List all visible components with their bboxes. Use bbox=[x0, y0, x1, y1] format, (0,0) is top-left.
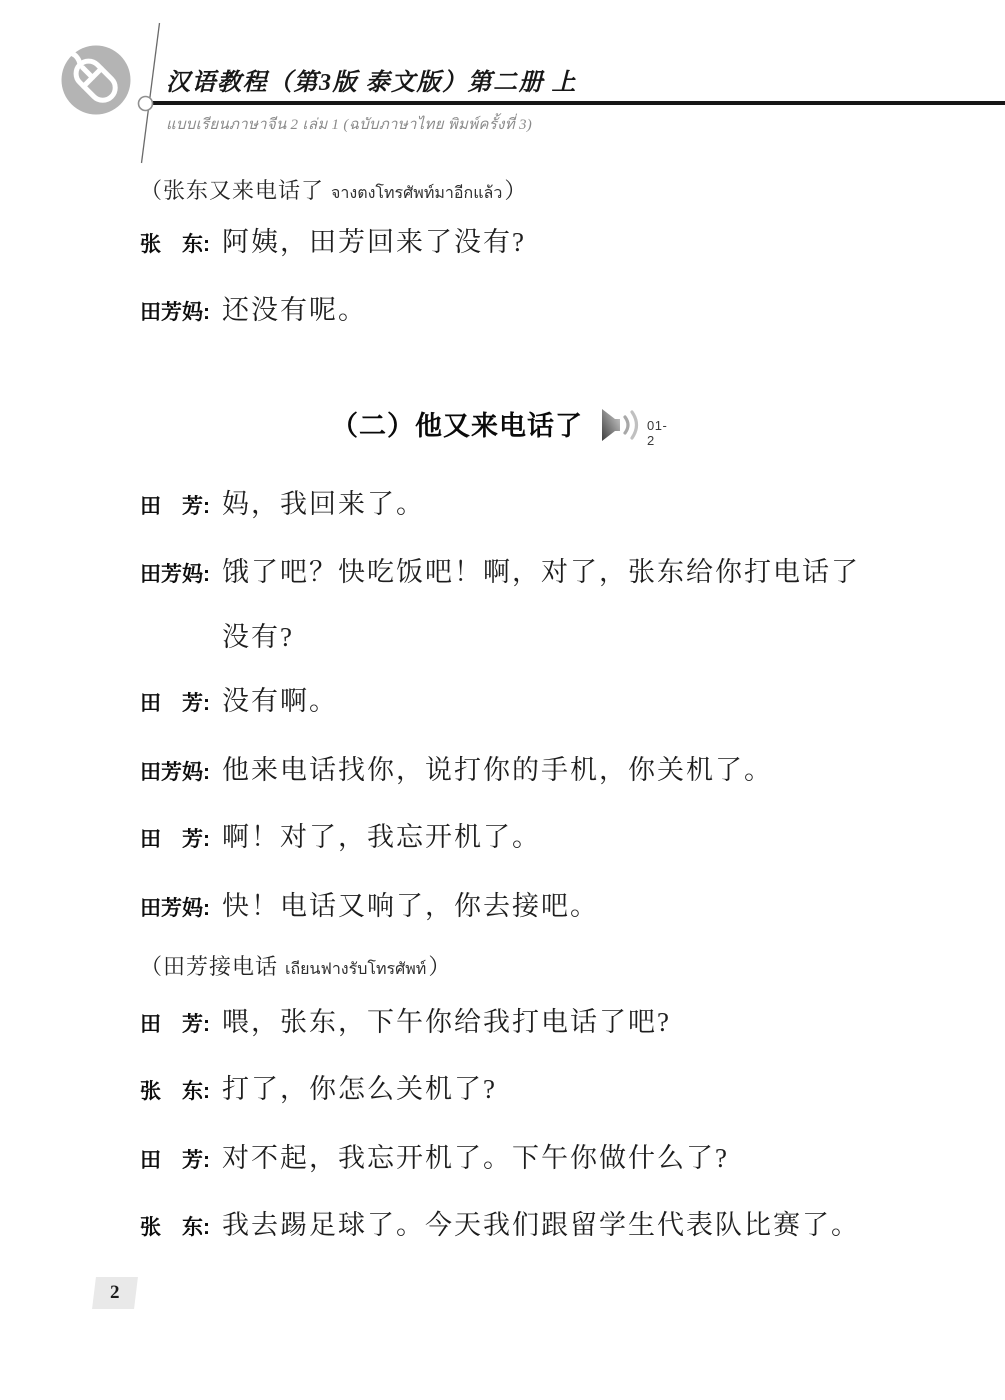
dialogue-text: 喂，张东，下午你给我打电话了吧? bbox=[222, 1005, 671, 1039]
speaker-label: 田芳妈: bbox=[140, 889, 222, 926]
header-logo bbox=[30, 15, 180, 170]
speaker-label: 田芳妈: bbox=[140, 753, 222, 790]
dialogue-text: 打了，你怎么关机了? bbox=[222, 1072, 497, 1106]
page-number: 2 bbox=[110, 1282, 120, 1304]
dialogue-row: 张 东: 我去踢足球了。今天我们跟留学生代表队比赛了。 bbox=[140, 1208, 866, 1245]
speaker-label: 田芳妈: bbox=[140, 555, 222, 592]
speaker-label: 田 芳: bbox=[140, 487, 222, 524]
dialogue-row: 田 芳: 啊！对了，我忘开机了。 bbox=[140, 820, 866, 857]
speaker-label: 田 芳: bbox=[140, 1141, 222, 1178]
dialogue-row: 田 芳: 喂，张东，下午你给我打电话了吧? bbox=[140, 1005, 866, 1042]
book-title: 汉语教程（第3版 泰文版）第二册 上 bbox=[166, 62, 577, 97]
speaker-label: 田 芳: bbox=[140, 820, 222, 857]
dialogue-text: 快！电话又响了，你去接吧。 bbox=[222, 889, 599, 923]
stage-direction-chinese: （田芳接电话 bbox=[140, 954, 278, 979]
mouse-icon bbox=[62, 46, 131, 115]
dialogue-row: 田芳妈: 还没有呢。 bbox=[140, 293, 866, 330]
dialogue-text: 没有啊。 bbox=[222, 684, 338, 718]
dialogue-text: 饿了吧？快吃饭吧！啊，对了，张东给你打电话了 bbox=[222, 555, 860, 589]
speaker-label: 田 芳: bbox=[140, 1005, 222, 1042]
speaker-label: 张 东: bbox=[140, 1208, 222, 1245]
ring-ornament bbox=[139, 97, 153, 111]
dialogue-text: 还没有呢。 bbox=[222, 293, 367, 327]
dialogue-row: 田 芳: 没有啊。 bbox=[140, 684, 866, 721]
stage-direction-close-paren: ） bbox=[428, 954, 451, 979]
dialogue-row: 张 东: 打了，你怎么关机了? bbox=[140, 1072, 866, 1109]
book-subtitle-thai: แบบเรียนภาษาจีน 2 เล่ม 1 (ฉบับภาษาไทย พิ… bbox=[166, 112, 532, 136]
stage-direction-thai: เถียนฟางรับโทรศัพท์ bbox=[285, 961, 426, 978]
header-rule bbox=[152, 101, 1005, 105]
audio-track-label: 01-2 bbox=[647, 418, 675, 448]
dialogue-text: 我去踢足球了。今天我们跟留学生代表队比赛了。 bbox=[222, 1208, 860, 1242]
dialogue-row: 张 东: 阿姨，田芳回来了没有? bbox=[140, 225, 866, 262]
diagonal-line bbox=[142, 23, 160, 163]
stage-direction: （张东又来电话了จางตงโทรศัพท์มาอีกแล้ว） bbox=[140, 176, 866, 209]
dialogue-continuation-text: 没有? bbox=[222, 620, 860, 654]
dialogue-text: 对不起，我忘开机了。下午你做什么了? bbox=[222, 1141, 729, 1175]
dialogue-text: 阿姨，田芳回来了没有? bbox=[222, 225, 526, 259]
lesson-dialogue: （张东又来电话了จางตงโทรศัพท์มาอีกแล้ว） 张 东: 阿姨，… bbox=[140, 170, 866, 1245]
dialogue-text: 啊！对了，我忘开机了。 bbox=[222, 820, 541, 854]
section-title-row: （二）他又来电话了 01-2 bbox=[140, 406, 866, 446]
dialogue-row: 田芳妈: 饿了吧？快吃饭吧！啊，对了，张东给你打电话了 没有? bbox=[140, 555, 866, 654]
stage-direction: （田芳接电话เถียนฟางรับโทรศัพท์） bbox=[140, 952, 866, 985]
dialogue-row: 田 芳: 对不起，我忘开机了。下午你做什么了? bbox=[140, 1141, 866, 1178]
stage-direction-close-paren: ） bbox=[504, 178, 527, 203]
page-number-box: 2 bbox=[92, 1277, 138, 1309]
speaker-label: 张 东: bbox=[140, 1072, 222, 1109]
speaker-audio-icon bbox=[599, 408, 645, 444]
dialogue-text: 他来电话找你，说打你的手机，你关机了。 bbox=[222, 753, 773, 787]
stage-direction-chinese: （张东又来电话了 bbox=[140, 178, 324, 203]
stage-direction-thai: จางตงโทรศัพท์มาอีกแล้ว bbox=[331, 185, 502, 202]
speaker-label: 田 芳: bbox=[140, 684, 222, 721]
dialogue-row: 田芳妈: 他来电话找你，说打你的手机，你关机了。 bbox=[140, 753, 866, 790]
dialogue-row: 田芳妈: 快！电话又响了，你去接吧。 bbox=[140, 889, 866, 926]
section-title: （二）他又来电话了 bbox=[331, 406, 583, 446]
dialogue-text: 妈，我回来了。 bbox=[222, 487, 425, 521]
speaker-label: 张 东: bbox=[140, 225, 222, 262]
audio-widget: 01-2 bbox=[599, 406, 675, 446]
speaker-label: 田芳妈: bbox=[140, 293, 222, 330]
dialogue-row: 田 芳: 妈，我回来了。 bbox=[140, 487, 866, 524]
